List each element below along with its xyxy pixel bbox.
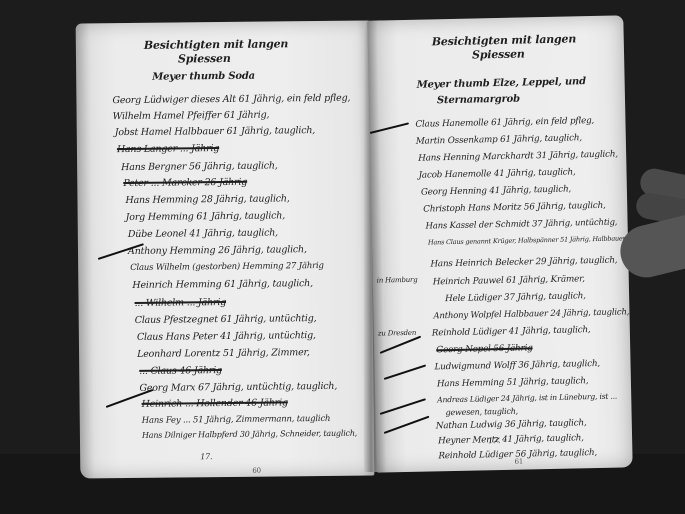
right-entry: Martin Ossenkamp 61 Jährig, tauglich, xyxy=(416,133,582,146)
left-entry: Claus Pfestzegnet 61 Jährig, untüchtig, xyxy=(135,313,317,326)
left-entry: Claus Hans Peter 41 Jährig, untüchtig, xyxy=(137,330,316,343)
right-entry: Hans Henning Marckhardt 31 Jährig, taugl… xyxy=(418,150,618,164)
right-folio-mark: 61 xyxy=(514,458,523,466)
right-entry: Heyner Mentz 41 Jährig, tauglich, xyxy=(438,433,584,446)
right-entry: Hele Lüdiger 37 Jährig, tauglich, xyxy=(445,291,586,304)
left-folio-mark: 60 xyxy=(252,467,261,475)
left-entry: Leonhard Lorentz 51 Jährig, Zimmer, xyxy=(137,347,310,360)
right-entry-struck: Georg Nepel 56 Jährig xyxy=(436,343,533,355)
left-entry: Hans Fey ... 51 Jährig, Zimmermann, taug… xyxy=(142,414,331,426)
right-entry: Andreas Lüdiger 24 Jährig, ist in Lünebu… xyxy=(437,392,617,405)
left-entry: Jobst Hamel Halbbauer 61 Jährig, tauglic… xyxy=(115,125,315,138)
left-entry: Heinrich Hemming 61 Jährig, tauglich, xyxy=(132,278,313,291)
left-entry-struck: Peter ... Marcker 26 Jährig xyxy=(123,177,247,189)
left-entry-struck: ... Wilhelm ... Jährig xyxy=(135,297,227,309)
left-entry: Hans Hemming 28 Jährig, tauglich, xyxy=(125,193,289,206)
left-entry-struck: Hans Langer ... Jährig xyxy=(117,143,219,155)
right-entry: Hans Hemming 51 Jährig, tauglich, xyxy=(437,376,589,389)
right-entry: Hans Kassel der Schmidt 37 Jährig, untüc… xyxy=(426,218,618,232)
right-heading-line1: Besichtigten mit langen xyxy=(432,32,577,48)
right-heading-line2: Spiessen xyxy=(472,47,525,61)
left-entry: Hans Bergner 56 Jährig, tauglich, xyxy=(121,160,278,173)
right-entry: gewesen, tauglich, xyxy=(445,407,518,418)
left-heading-line1: Besichtigten mit langen xyxy=(144,37,288,52)
left-section-title: Meyer thumb Soda xyxy=(152,71,255,83)
right-entry: Reinhold Lüdiger 41 Jährig, tauglich, xyxy=(432,325,591,338)
left-heading-line2: Spiessen xyxy=(178,52,231,66)
right-entry: Georg Henning 41 Jährig, tauglich, xyxy=(421,184,571,197)
left-entry: Georg Lüdwiger dieses Alt 61 Jährig, ein… xyxy=(112,93,350,106)
right-margin-note-2: zu Dresden xyxy=(378,329,416,338)
right-entry: Nathan Ludwig 36 Jährig, tauglich, xyxy=(436,418,587,431)
right-entry: Ludwigmund Wolff 36 Jährig, tauglich, xyxy=(434,359,600,372)
left-entry: Anthony Hemming 26 Jährig, tauglich, xyxy=(128,244,307,257)
right-page-number: 17. xyxy=(488,436,500,445)
left-entry: Jorg Hemming 61 Jährig, tauglich, xyxy=(126,210,285,223)
left-entry-struck: Heinrich ... Hollender 46 Jährig xyxy=(142,397,288,410)
right-entry: Claus Hanemolle 61 Jährig, ein feld pfle… xyxy=(415,116,594,130)
right-entry: Jacob Hanemolle 41 Jährig, tauglich, xyxy=(418,167,575,180)
left-page-number: 17. xyxy=(200,452,212,461)
left-entry: Wilhelm Hamel Pfeiffer 61 Jährig, xyxy=(113,110,270,123)
right-margin-note: in Hamburg xyxy=(377,276,418,285)
right-entry: Heinrich Pauwel 61 Jährig, Krämer, xyxy=(433,274,585,287)
left-entry: Claus Wilhelm (gestorben) Hemming 27 Jäh… xyxy=(130,261,324,273)
right-section-title-line1: Meyer thumb Elze, Leppel, und xyxy=(417,76,586,91)
left-entry: Dübe Leonel 41 Jährig, tauglich, xyxy=(128,227,278,240)
left-entry: Hans Dilniger Halbpferd 30 Jährig, Schne… xyxy=(142,429,357,440)
right-section-title-line2: Sternamargrob xyxy=(437,94,520,107)
right-entry: Hans Heinrich Belecker 29 Jährig, taugli… xyxy=(430,256,617,270)
left-entry: Georg Marx 67 Jährig, untüchtig, tauglic… xyxy=(139,381,337,394)
right-entry: Christoph Hans Moritz 56 Jährig, tauglic… xyxy=(423,201,606,215)
right-entry: Anthony Wolpfel Halbbauer 24 Jährig, tau… xyxy=(433,307,629,321)
left-entry-struck: ... Claus 46 Jährig xyxy=(139,365,222,377)
